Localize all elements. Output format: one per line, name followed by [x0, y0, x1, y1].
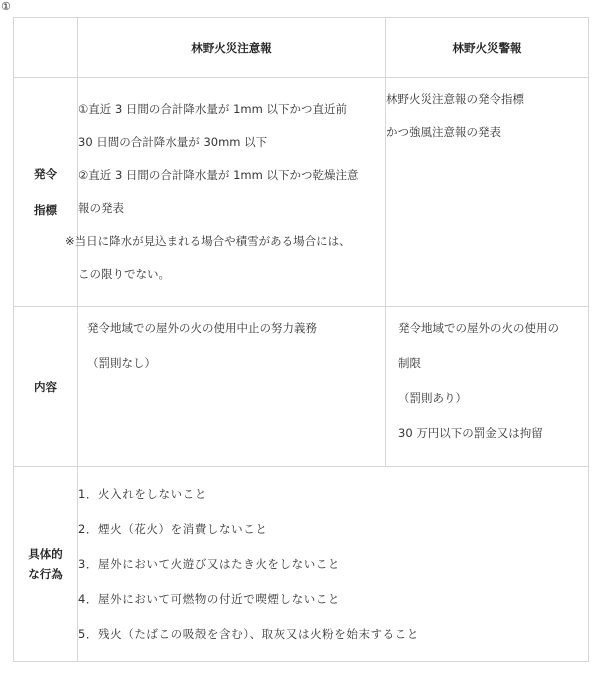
- criteria-note: ※当日に降水が見込まれる場合や積雪がある場合には、: [65, 234, 385, 249]
- row-label-line: 指標: [14, 200, 77, 220]
- content-line: 発令地域での屋外の火の使用中止の努力義務: [87, 321, 385, 336]
- action-item: 4．屋外において可燃物の付近で喫煙しないこと: [78, 592, 588, 607]
- header-empty-cell: [14, 18, 78, 78]
- warning-content-cell: 発令地域での屋外の火の使用の 制限 （罰則あり） 30 万円以下の罰金又は拘留: [386, 307, 589, 467]
- table-row-criteria: 発令 指標 ①直近 3 日間の合計降水量が 1mm 以下かつ直近前 30 日間の…: [14, 78, 589, 307]
- criteria-line: ①直近 3 日間の合計降水量が 1mm 以下かつ直近前: [78, 102, 385, 117]
- content-line: 制限: [398, 356, 588, 371]
- header-advisory: 林野火災注意報: [78, 18, 386, 78]
- action-item: 3．屋外において火遊び又はたき火をしないこと: [78, 557, 588, 572]
- row-label-actions: 具体的 な行為: [14, 467, 78, 662]
- table-row-content: 内容 発令地域での屋外の火の使用中止の努力義務 （罰則なし） 発令地域での屋外の…: [14, 307, 589, 467]
- content-line: （罰則あり）: [398, 391, 588, 406]
- criteria-line: ②直近 3 日間の合計降水量が 1mm 以下かつ乾燥注意: [78, 168, 385, 183]
- table-row-actions: 具体的 な行為 1．火入れをしないこと 2．煙火（花火）を消費しないこと 3．屋…: [14, 467, 589, 662]
- row-label-line: 発令: [14, 164, 77, 184]
- header-warning: 林野火災警報: [386, 18, 589, 78]
- row-label-line: な行為: [14, 564, 77, 584]
- actions-cell: 1．火入れをしないこと 2．煙火（花火）を消費しないこと 3．屋外において火遊び…: [78, 467, 589, 662]
- action-item: 1．火入れをしないこと: [78, 487, 588, 502]
- row-label-line: 具体的: [14, 544, 77, 564]
- criteria-note: この限りでない。: [78, 267, 385, 282]
- advisory-content-cell: 発令地域での屋外の火の使用中止の努力義務 （罰則なし）: [78, 307, 386, 467]
- table-header-row: 林野火災注意報 林野火災警報: [14, 18, 589, 78]
- section-number: ①: [1, 0, 11, 14]
- advisory-criteria-cell: ①直近 3 日間の合計降水量が 1mm 以下かつ直近前 30 日間の合計降水量が…: [78, 78, 386, 307]
- action-item: 5．残火（たばこの吸殻を含む）、取灰又は火粉を始末すること: [78, 627, 588, 642]
- criteria-line: かつ強風注意報の発表: [386, 125, 588, 140]
- content-line: 30 万円以下の罰金又は拘留: [398, 426, 588, 441]
- forest-fire-alert-table: 林野火災注意報 林野火災警報 発令 指標 ①直近 3 日間の合計降水量が 1mm…: [13, 17, 589, 662]
- content-line: （罰則なし）: [87, 356, 385, 371]
- criteria-line: 報の発表: [78, 201, 385, 216]
- action-item: 2．煙火（花火）を消費しないこと: [78, 522, 588, 537]
- criteria-line: 林野火災注意報の発令指標: [386, 92, 588, 107]
- row-label-criteria: 発令 指標: [14, 78, 78, 307]
- row-label-content: 内容: [14, 307, 78, 467]
- content-line: 発令地域での屋外の火の使用の: [398, 321, 588, 336]
- warning-criteria-cell: 林野火災注意報の発令指標 かつ強風注意報の発表: [386, 78, 589, 307]
- criteria-line: 30 日間の合計降水量が 30mm 以下: [78, 135, 385, 150]
